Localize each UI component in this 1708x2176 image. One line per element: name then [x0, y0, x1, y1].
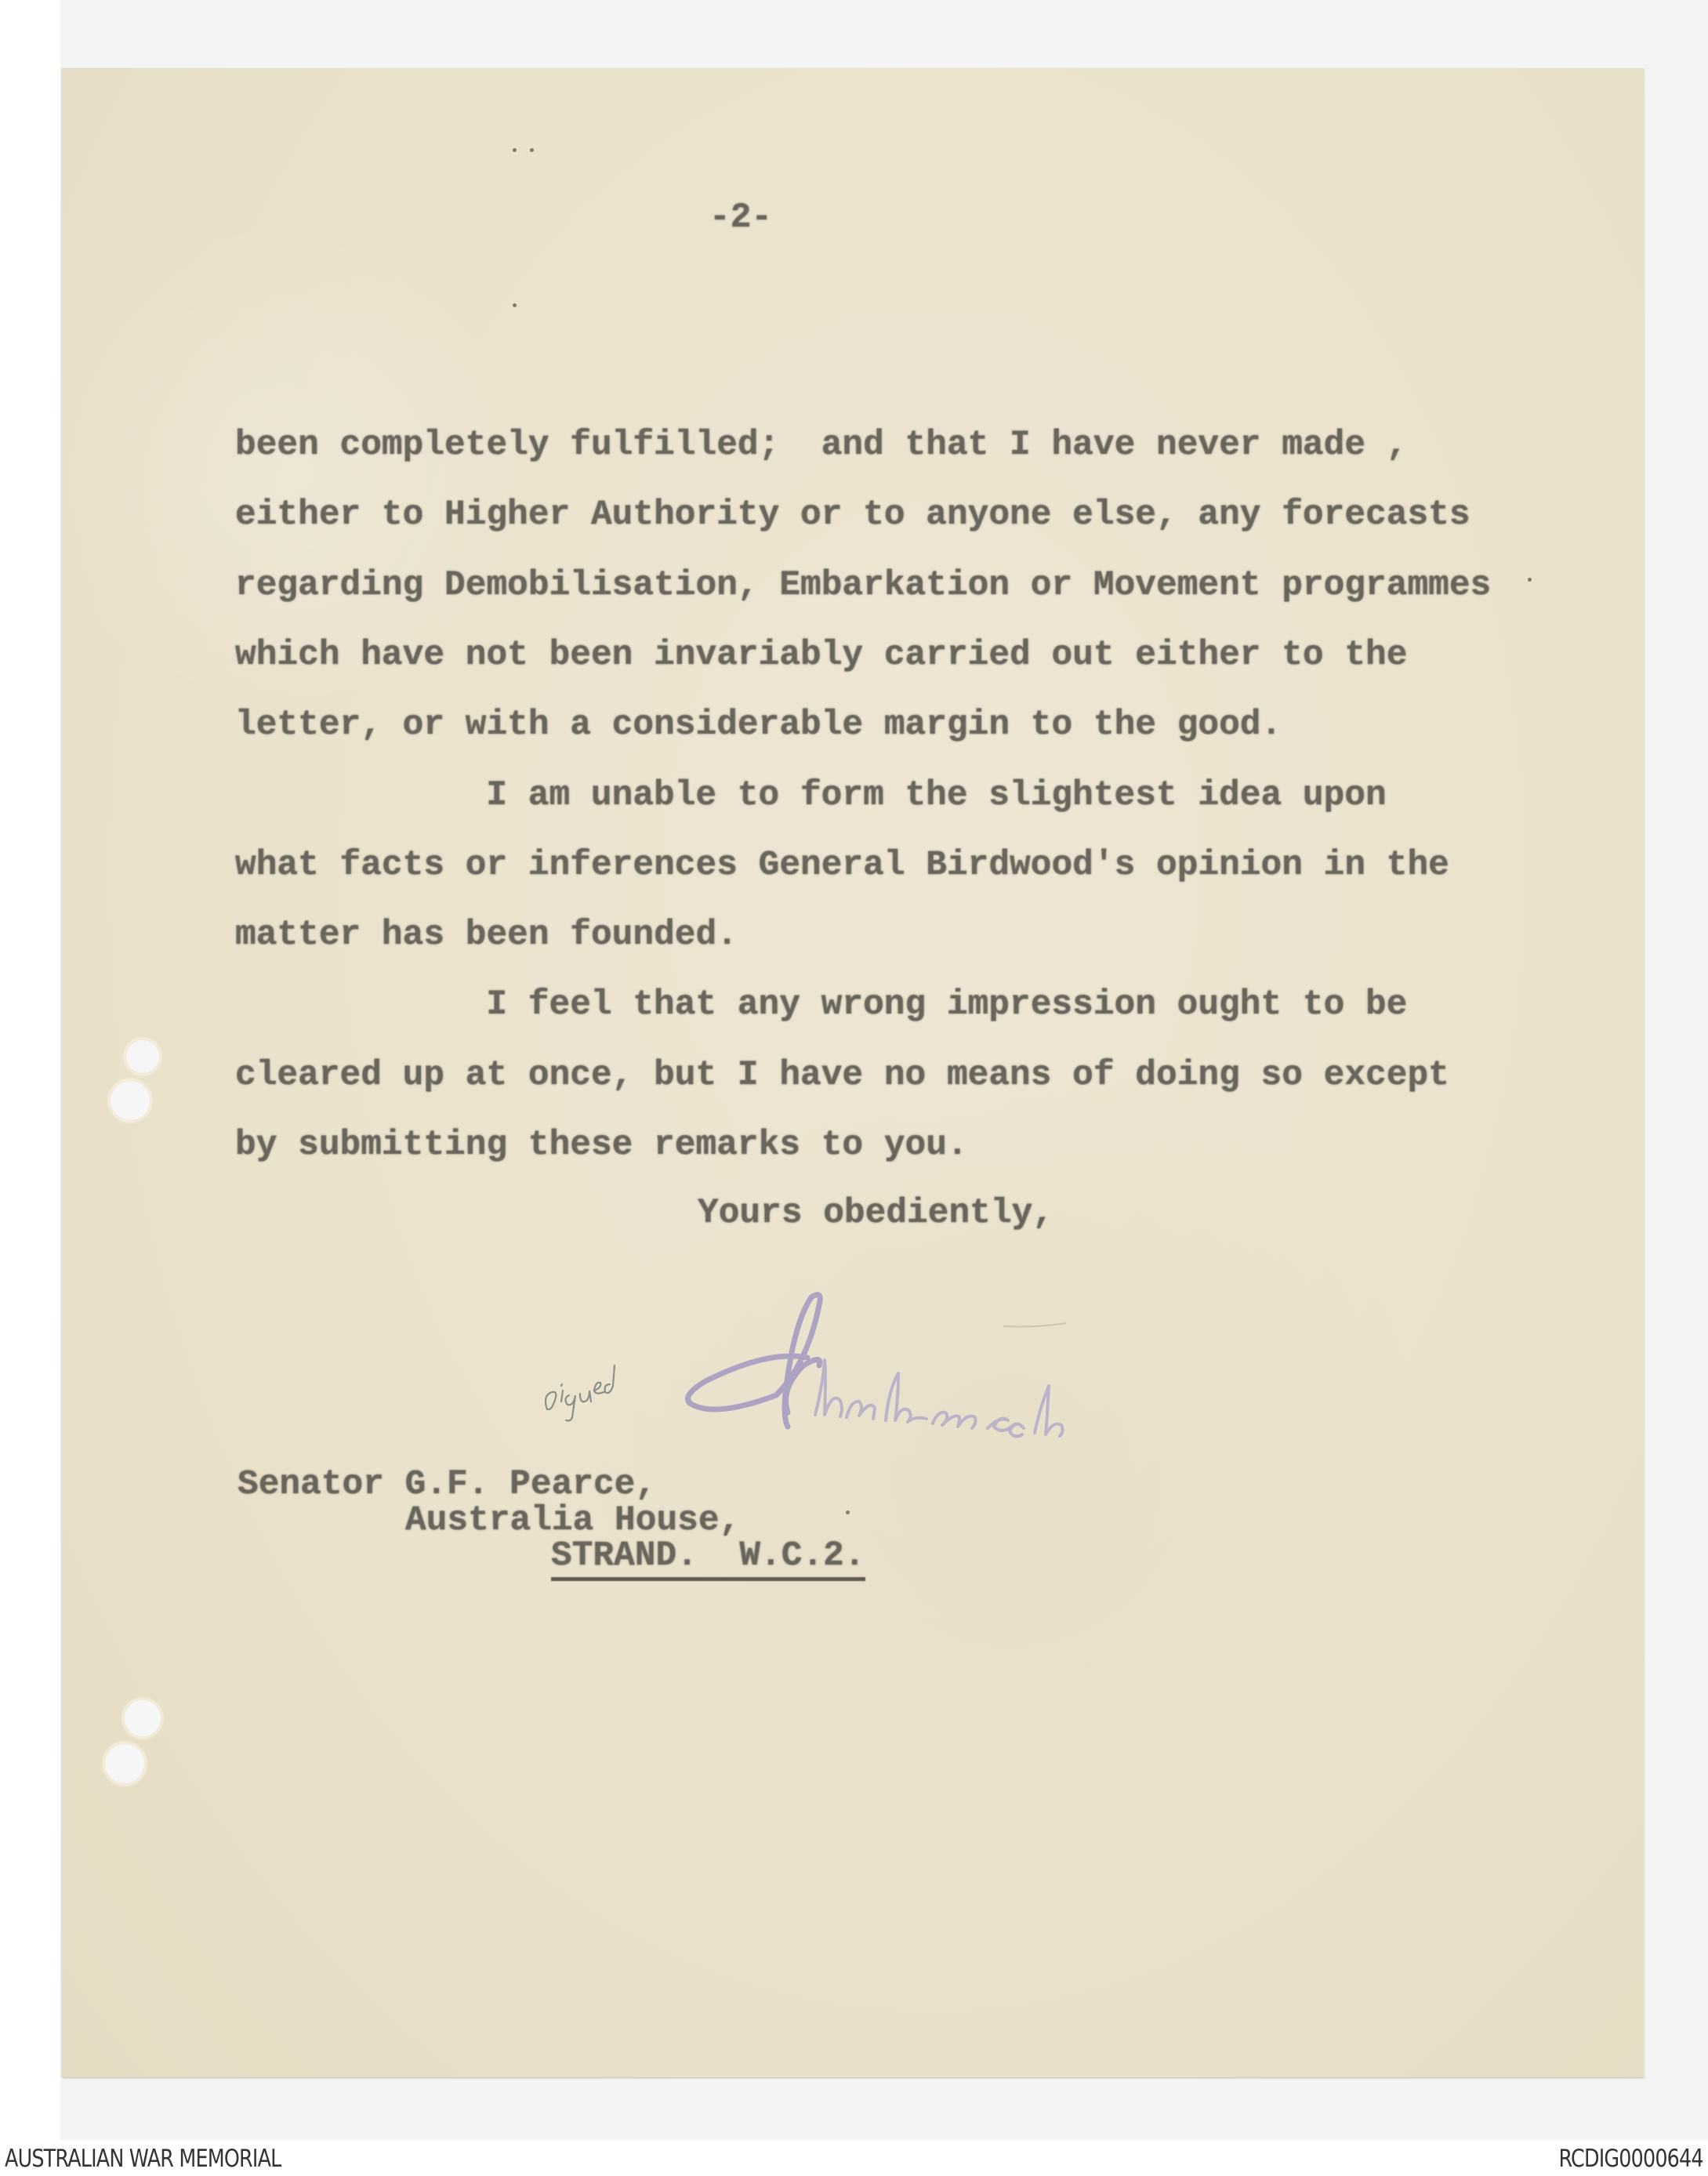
body-line: what facts or inferences General Birdwoo…: [235, 848, 1449, 883]
body-line: I feel that any wrong impression ought t…: [486, 988, 1407, 1023]
archive-identifier: RCDIG0000644: [1559, 2145, 1703, 2173]
page-number: -2-: [709, 201, 772, 236]
ink-speck: [530, 148, 534, 152]
body-line: which have not been invariably carried o…: [235, 638, 1407, 673]
body-line: matter has been founded.: [235, 918, 738, 953]
ink-speck: [513, 148, 517, 152]
ink-speck: [513, 303, 517, 307]
addressee-name: Senator G.F. Pearce,: [238, 1467, 656, 1503]
body-line: cleared up at once, but I have no means …: [235, 1058, 1449, 1093]
addressee-street: STRAND. W.C.2.: [551, 1539, 865, 1581]
addressee-building: Australia House,: [405, 1503, 740, 1539]
punch-hole: [123, 1699, 162, 1738]
punch-hole: [125, 1039, 161, 1075]
signature-icon: [533, 1286, 1395, 1466]
body-line: regarding Demobilisation, Embarkation or…: [235, 568, 1491, 604]
ink-speck: [1528, 578, 1532, 582]
punch-hole: [103, 1743, 146, 1785]
archive-caption: AUSTRALIAN WAR MEMORIAL: [5, 2145, 281, 2173]
body-line: by submitting these remarks to you.: [235, 1128, 968, 1163]
body-line: been completely fulfilled; and that I ha…: [235, 428, 1407, 463]
body-line: letter, or with a considerable margin to…: [235, 708, 1282, 743]
signature: [533, 1286, 1395, 1466]
closing-salutation: Yours obediently,: [698, 1196, 1053, 1231]
punch-hole: [109, 1079, 151, 1122]
ink-speck: [846, 1511, 850, 1514]
body-line: either to Higher Authority or to anyone …: [235, 498, 1470, 533]
body-line: I am unable to form the slightest idea u…: [486, 778, 1386, 814]
